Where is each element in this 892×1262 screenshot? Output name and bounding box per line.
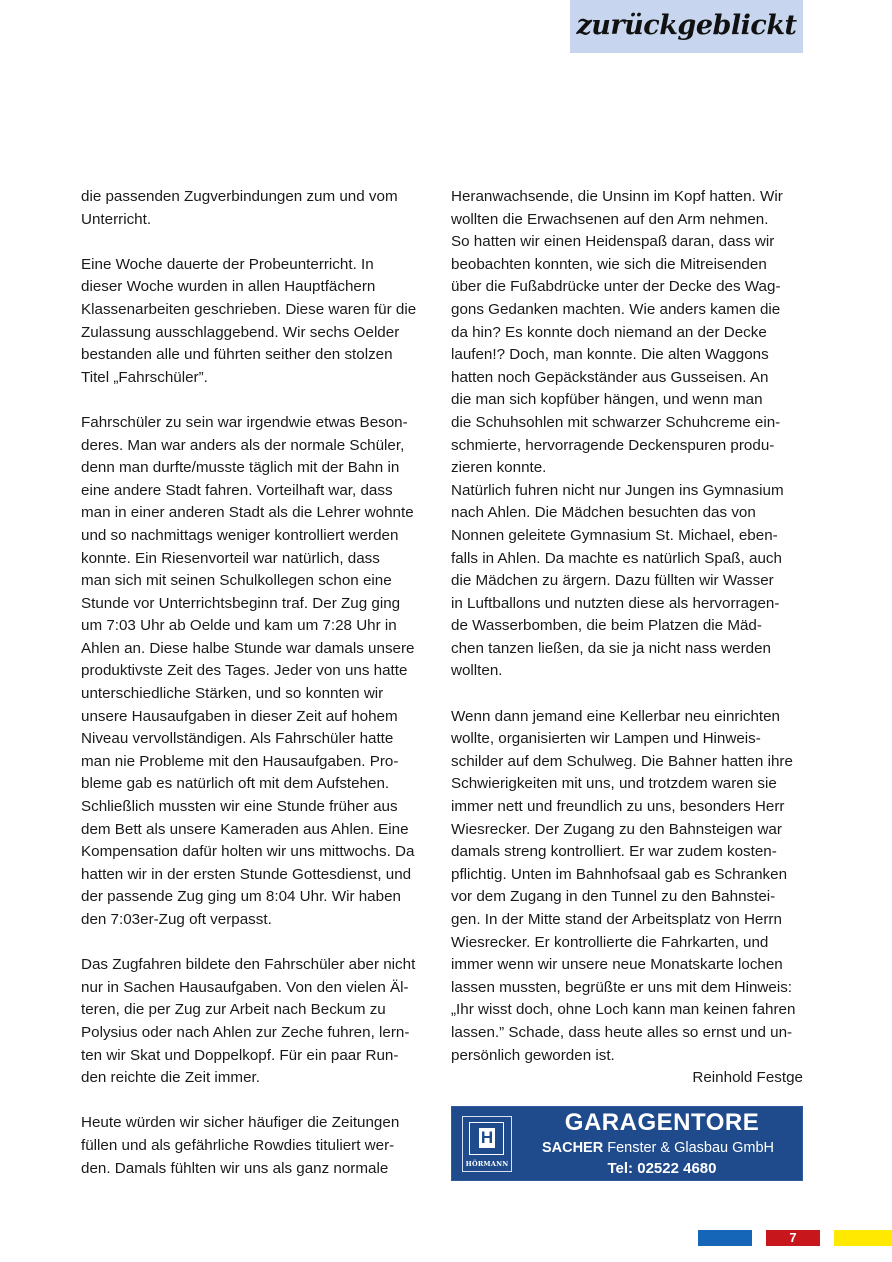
text-line: laufen!? Doch, man konnte. Die alten Wag… — [451, 344, 803, 367]
text-line: den 7:03er-Zug oft verpasst. — [81, 909, 433, 932]
text-line: pflichtig. Unten im Bahnhofsaal gab es S… — [451, 864, 803, 887]
text-line: schmierte, hervorragende Deckenspuren pr… — [451, 435, 803, 458]
text-line: nur in Sachen Hausaufgaben. Von den viel… — [81, 977, 433, 1000]
ad-company-suffix: Fenster & Glasbau GmbH — [603, 1140, 774, 1156]
text-line: Wenn dann jemand eine Kellerbar neu einr… — [451, 706, 803, 729]
text-line: falls in Ahlen. Da machte es natürlich S… — [451, 548, 803, 571]
paragraph-gap — [451, 683, 803, 706]
text-line: „Ihr wisst doch, ohne Loch kann man kein… — [451, 999, 803, 1022]
page-number: 7 — [766, 1230, 820, 1246]
ad-company-name: SACHER — [542, 1140, 603, 1156]
text-line: bleme gab es natürlich oft mit dem Aufst… — [81, 773, 433, 796]
text-line: de Wasserbomben, die beim Platzen die Mä… — [451, 615, 803, 638]
text-line: Schwierigkeiten mit uns, und trotzdem wa… — [451, 773, 803, 796]
footer-bar-yellow — [834, 1230, 892, 1246]
text-line: unterschiedliche Stärken, und so konnten… — [81, 683, 433, 706]
text-line: wollten. — [451, 660, 803, 683]
text-line: Nonnen geleitete Gymnasium St. Michael, … — [451, 525, 803, 548]
hormann-logo-icon: H HÖRMANN — [462, 1116, 512, 1172]
text-line: man nie Probleme mit den Hausaufgaben. P… — [81, 751, 433, 774]
text-line: über die Fußabdrücke unter der Decke des… — [451, 276, 803, 299]
text-line: den reichte die Zeit immer. — [81, 1067, 433, 1090]
text-line: füllen und als gefährliche Rowdies titul… — [81, 1135, 433, 1158]
text-line: Titel „Fahrschüler”. — [81, 367, 433, 390]
text-line: die passenden Zugverbindungen zum und vo… — [81, 186, 433, 209]
text-line: immer wenn wir unsere neue Monatskarte l… — [451, 954, 803, 977]
text-line: Zulassung ausschlaggebend. Wir sechs Oel… — [81, 322, 433, 345]
paragraph-gap — [81, 932, 433, 955]
text-line: teren, die per Zug zur Arbeit nach Becku… — [81, 999, 433, 1022]
text-line: konnte. Ein Riesenvorteil war natürlich,… — [81, 548, 433, 571]
text-line: in Luftballons und nutzten diese als her… — [451, 593, 803, 616]
article-right-column: Heranwachsende, die Unsinn im Kopf hatte… — [451, 186, 803, 1090]
logo-frame: H — [469, 1122, 504, 1155]
text-line: schilder auf dem Schulweg. Die Bahner ha… — [451, 751, 803, 774]
ad-company: SACHER Fenster & Glasbau GmbH — [518, 1140, 798, 1156]
text-line: man in einer anderen Stadt als die Lehre… — [81, 502, 433, 525]
text-line: um 7:03 Uhr ab Oelde und kam um 7:28 Uhr… — [81, 615, 433, 638]
text-line: Ahlen an. Diese halbe Stunde war damals … — [81, 638, 433, 661]
text-line: zieren konnte. — [451, 457, 803, 480]
text-line: Heute würden wir sicher häufiger die Zei… — [81, 1112, 433, 1135]
text-line: die man sich kopfüber hängen, und wenn m… — [451, 389, 803, 412]
text-line: hatten wir in der ersten Stunde Gottesdi… — [81, 864, 433, 887]
article-right-text: Heranwachsende, die Unsinn im Kopf hatte… — [451, 186, 803, 1067]
logo-letter: H — [479, 1128, 495, 1148]
text-line: eine andere Stadt fahren. Vorteilhaft wa… — [81, 480, 433, 503]
text-line: beobachten konnten, wie sich die Mitreis… — [451, 254, 803, 277]
text-line: und so nachmittags weniger kontrolliert … — [81, 525, 433, 548]
text-line: die Schuhsohlen mit schwarzer Schuhcreme… — [451, 412, 803, 435]
text-line: immer nett und freundlich zu uns, besond… — [451, 796, 803, 819]
text-line: gons Gedanken machten. Wie anders kamen … — [451, 299, 803, 322]
paragraph-gap — [81, 389, 433, 412]
text-line: wollten die Erwachsenen auf den Arm nehm… — [451, 209, 803, 232]
text-line: man sich mit seinen Schulkollegen schon … — [81, 570, 433, 593]
text-line: da hin? Es konnte doch niemand an der De… — [451, 322, 803, 345]
text-line: damals streng kontrolliert. Er war zudem… — [451, 841, 803, 864]
paragraph-gap — [81, 231, 433, 254]
text-line: denn man durfte/musste täglich mit der B… — [81, 457, 433, 480]
text-line: gen. In der Mitte stand der Arbeitsplatz… — [451, 909, 803, 932]
text-line: der passende Zug ging um 8:04 Uhr. Wir h… — [81, 886, 433, 909]
text-line: hatten noch Gepäckständer aus Gusseisen.… — [451, 367, 803, 390]
text-line: Kompensation dafür holten wir uns mittwo… — [81, 841, 433, 864]
text-line: chen tanzen ließen, da sie ja nicht nass… — [451, 638, 803, 661]
text-line: Heranwachsende, die Unsinn im Kopf hatte… — [451, 186, 803, 209]
text-line: Stunde vor Unterrichtsbeginn traf. Der Z… — [81, 593, 433, 616]
text-line: dem Bett als unsere Kameraden aus Ahlen.… — [81, 819, 433, 842]
text-line: ten wir Skat und Doppelkopf. Für ein paa… — [81, 1045, 433, 1068]
text-line: Niveau vervollständigen. Als Fahrschüler… — [81, 728, 433, 751]
text-line: lassen mussten, begrüßte er uns mit dem … — [451, 977, 803, 1000]
author-signature: Reinhold Festge — [451, 1067, 803, 1090]
text-line: So hatten wir einen Heidenspaß daran, da… — [451, 231, 803, 254]
text-line: Eine Woche dauerte der Probeunterricht. … — [81, 254, 433, 277]
text-line: produktivste Zeit des Tages. Jeder von u… — [81, 660, 433, 683]
text-line: Polysius oder nach Ahlen zur Zeche fuhre… — [81, 1022, 433, 1045]
advertisement-banner: H HÖRMANN GARAGENTORE SACHER Fenster & G… — [451, 1106, 803, 1181]
text-line: Klassenarbeiten geschrieben. Diese waren… — [81, 299, 433, 322]
logo-brand: HÖRMANN — [463, 1160, 511, 1168]
article-left-column: die passenden Zugverbindungen zum und vo… — [81, 186, 433, 1180]
text-line: dieser Woche wurden in allen Hauptfächer… — [81, 276, 433, 299]
text-line: bestanden alle und führten seither den s… — [81, 344, 433, 367]
text-line: Natürlich fuhren nicht nur Jungen ins Gy… — [451, 480, 803, 503]
text-line: Das Zugfahren bildete den Fahrschüler ab… — [81, 954, 433, 977]
text-line: nach Ahlen. Die Mädchen besuchten das vo… — [451, 502, 803, 525]
section-header-banner: zurückgeblickt — [570, 0, 803, 53]
ad-title: GARAGENTORE — [522, 1109, 802, 1137]
paragraph-gap — [81, 1090, 433, 1113]
text-line: unsere Hausaufgaben in dieser Zeit auf h… — [81, 706, 433, 729]
text-line: Wiesrecker. Er kontrollierte die Fahrkar… — [451, 932, 803, 955]
text-line: Unterricht. — [81, 209, 433, 232]
text-line: Wiesrecker. Der Zugang zu den Bahnsteige… — [451, 819, 803, 842]
footer-bar-blue — [698, 1230, 752, 1246]
text-line: Fahrschüler zu sein war irgendwie etwas … — [81, 412, 433, 435]
text-line: lassen.” Schade, dass heute alles so ern… — [451, 1022, 803, 1045]
text-line: die Mädchen zu ärgern. Dazu füllten wir … — [451, 570, 803, 593]
text-line: vor dem Zugang in den Tunnel zu den Bahn… — [451, 886, 803, 909]
text-line: wollte, organisierten wir Lampen und Hin… — [451, 728, 803, 751]
text-line: Schließlich mussten wir eine Stunde früh… — [81, 796, 433, 819]
text-line: deres. Man war anders als der normale Sc… — [81, 435, 433, 458]
section-title: zurückgeblickt — [570, 10, 803, 41]
text-line: den. Damals fühlten wir uns als ganz nor… — [81, 1158, 433, 1181]
text-line: persönlich geworden ist. — [451, 1045, 803, 1068]
ad-phone: Tel: 02522 4680 — [522, 1160, 802, 1177]
